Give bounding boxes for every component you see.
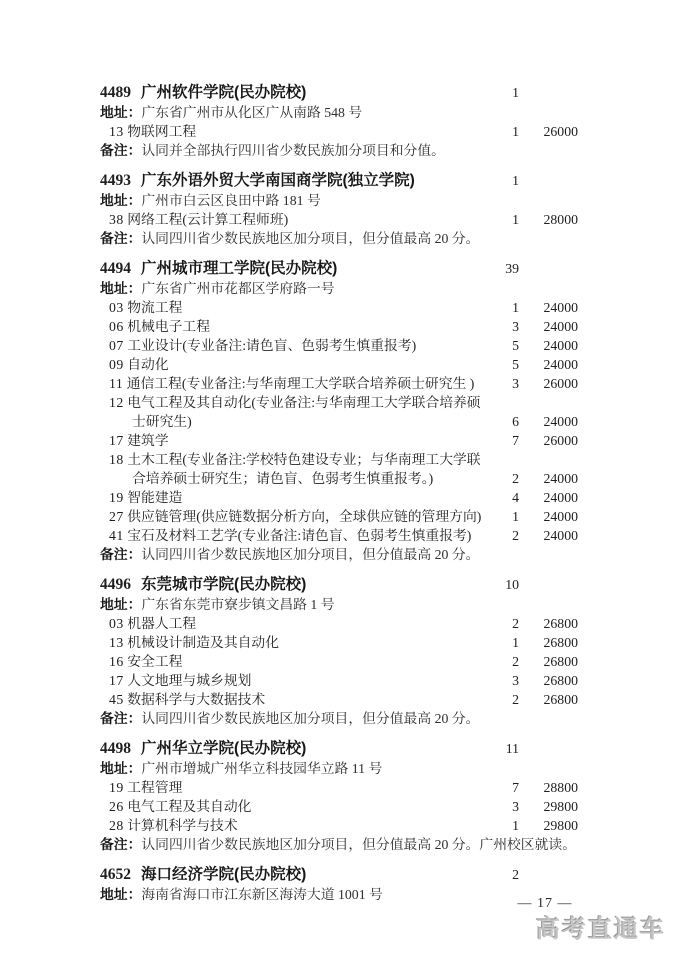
major-code: 03 <box>109 300 124 315</box>
major-title: 11 通信工程(专业备注:与华南理工大学联合培养硕士研究生 ) <box>109 374 489 393</box>
address-label: 地址： <box>100 597 141 612</box>
major-name: 供应链管理(供应链数据分析方向，全球供应链的管理方向) <box>127 509 481 524</box>
college-list: 4489广州软件学院(民办院校) 1 地址：广东省广州市从化区广从南路 548 … <box>100 82 578 914</box>
remark-text: 认同四川省少数民族地区加分项目，但分值最高 20 分。 <box>141 231 479 246</box>
college-code: 4494 <box>100 260 131 277</box>
major-name: 人文地理与城乡规划 <box>127 673 251 688</box>
major-title: 18 土木工程(专业备注:学校特色建设专业；与华南理工大学联合培养硕士研究生；请… <box>109 450 489 488</box>
major-row: 16 安全工程 2 26800 <box>100 652 578 671</box>
college-plan-total: 10 <box>489 574 519 595</box>
college-block: 4493广东外语外贸大学南国商学院(独立学院) 1 地址：广州市白云区良田中路 … <box>100 170 578 248</box>
major-row: 19 工程管理 7 28800 <box>100 778 578 797</box>
college-address-row: 地址：广州市增城广州华立科技园华立路 11 号 <box>100 759 578 778</box>
major-row: 18 土木工程(专业备注:学校特色建设专业；与华南理工大学联合培养硕士研究生；请… <box>100 450 578 488</box>
major-list: 38 网络工程(云计算工程师班) 1 28000 <box>100 210 578 229</box>
college-title: 4494广州城市理工学院(民办院校) <box>100 258 489 279</box>
college-block: 4652海口经济学院(民办院校) 2 地址：海南省海口市江东新区海涛大道 100… <box>100 864 578 904</box>
major-tuition-fee: 26000 <box>519 374 578 393</box>
major-tuition-fee: 24000 <box>519 526 578 545</box>
major-title: 09 自动化 <box>109 355 489 374</box>
major-tuition-fee: 29800 <box>519 816 578 835</box>
major-title: 38 网络工程(云计算工程师班) <box>109 210 489 229</box>
college-name: 广州城市理工学院(民办院校) <box>141 260 337 277</box>
major-row: 03 物流工程 1 24000 <box>100 298 578 317</box>
major-tuition-fee: 24000 <box>519 317 578 336</box>
major-title: 17 建筑学 <box>109 431 489 450</box>
major-plan-count: 6 <box>489 412 519 431</box>
college-remark: 备注：认同四川省少数民族地区加分项目，但分值最高 20 分。 <box>100 709 578 728</box>
college-plan-total: 1 <box>489 82 519 103</box>
major-list: 03 物流工程 1 24000 06 机械电子工程 3 24000 07 工业设… <box>100 298 578 545</box>
major-plan-count: 1 <box>489 210 519 229</box>
gaokao-zhitongche-watermark: 高考直通车 <box>536 909 666 944</box>
major-row: 03 机器人工程 2 26800 <box>100 614 578 633</box>
major-code: 13 <box>109 124 124 139</box>
address-label: 地址： <box>100 281 141 296</box>
major-title: 28 计算机科学与技术 <box>109 816 489 835</box>
major-plan-count: 1 <box>489 122 519 141</box>
address-label: 地址： <box>100 105 141 120</box>
major-list: 03 机器人工程 2 26800 13 机械设计制造及其自动化 1 26800 … <box>100 614 578 709</box>
major-row: 27 供应链管理(供应链数据分析方向，全球供应链的管理方向) 1 24000 <box>100 507 578 526</box>
major-code: 11 <box>109 376 123 391</box>
remark-text: 认同四川省少数民族地区加分项目，但分值最高 20 分。 <box>141 711 479 726</box>
major-title: 41 宝石及材料工艺学(专业备注:请色盲、色弱考生慎重报考) <box>109 526 489 545</box>
major-title: 03 机器人工程 <box>109 614 489 633</box>
remark-label: 备注： <box>100 837 141 852</box>
major-tuition-fee: 24000 <box>519 507 578 526</box>
major-tuition-fee: 28800 <box>519 778 578 797</box>
address-label: 地址： <box>100 887 141 902</box>
major-title: 07 工业设计(专业备注:请色盲、色弱考生慎重报考) <box>109 336 489 355</box>
college-address: 地址：广东省广州市从化区广从南路 548 号 <box>100 103 578 122</box>
major-name: 工程管理 <box>127 780 182 795</box>
major-name: 安全工程 <box>127 654 182 669</box>
remark-label: 备注： <box>100 547 141 562</box>
major-row: 09 自动化 5 24000 <box>100 355 578 374</box>
college-plan-total: 2 <box>489 864 519 885</box>
major-code: 13 <box>109 635 124 650</box>
major-name: 机械电子工程 <box>127 319 210 334</box>
major-title: 27 供应链管理(供应链数据分析方向，全球供应链的管理方向) <box>109 507 489 526</box>
major-tuition-fee: 28000 <box>519 210 578 229</box>
college-remark-row: 备注：认同并全部执行四川省少数民族加分项目和分值。 <box>100 141 578 160</box>
major-plan-count: 2 <box>489 526 519 545</box>
college-address: 地址：广东省广州市花都区学府路一号 <box>100 279 578 298</box>
major-name: 物流工程 <box>127 300 182 315</box>
major-code: 17 <box>109 673 124 688</box>
college-address-row: 地址：广州市白云区良田中路 181 号 <box>100 191 578 210</box>
remark-label: 备注： <box>100 711 141 726</box>
major-title: 03 物流工程 <box>109 298 489 317</box>
major-name: 电气工程及其自动化(专业备注:与华南理工大学联合培养硕士研究生) <box>127 395 480 429</box>
major-title: 13 机械设计制造及其自动化 <box>109 633 489 652</box>
college-remark-row: 备注：认同四川省少数民族地区加分项目，但分值最高 20 分。 <box>100 229 578 248</box>
major-plan-count: 2 <box>489 652 519 671</box>
college-block: 4489广州软件学院(民办院校) 1 地址：广东省广州市从化区广从南路 548 … <box>100 82 578 160</box>
college-code: 4652 <box>100 866 131 883</box>
major-list: 13 物联网工程 1 26000 <box>100 122 578 141</box>
college-address-row: 地址：海南省海口市江东新区海涛大道 1001 号 <box>100 885 578 904</box>
college-address: 地址：广州市增城广州华立科技园华立路 11 号 <box>100 759 578 778</box>
major-title: 12 电气工程及其自动化(专业备注:与华南理工大学联合培养硕士研究生) <box>109 393 489 431</box>
college-name: 广州华立学院(民办院校) <box>141 740 306 757</box>
major-tuition-fee: 26000 <box>519 122 578 141</box>
major-title: 16 安全工程 <box>109 652 489 671</box>
major-code: 41 <box>109 528 124 543</box>
college-header-row: 4498广州华立学院(民办院校) 11 <box>100 738 578 759</box>
college-code: 4489 <box>100 84 131 101</box>
remark-text: 认同四川省少数民族地区加分项目，但分值最高 20 分。 <box>141 547 479 562</box>
major-plan-count: 3 <box>489 374 519 393</box>
major-row: 13 物联网工程 1 26000 <box>100 122 578 141</box>
major-plan-count: 3 <box>489 671 519 690</box>
college-plan-total: 39 <box>489 258 519 279</box>
address-text: 广州市增城广州华立科技园华立路 11 号 <box>141 761 382 776</box>
major-row: 45 数据科学与大数据技术 2 26800 <box>100 690 578 709</box>
major-code: 16 <box>109 654 124 669</box>
major-title: 19 智能建造 <box>109 488 489 507</box>
major-title: 06 机械电子工程 <box>109 317 489 336</box>
college-header-row: 4489广州软件学院(民办院校) 1 <box>100 82 578 103</box>
major-plan-count: 5 <box>489 336 519 355</box>
major-plan-count: 3 <box>489 317 519 336</box>
major-code: 26 <box>109 799 124 814</box>
major-row: 06 机械电子工程 3 24000 <box>100 317 578 336</box>
major-name: 工业设计(专业备注:请色盲、色弱考生慎重报考) <box>127 338 416 353</box>
major-tuition-fee: 26800 <box>519 690 578 709</box>
college-address-row: 地址：广东省东莞市寮步镇文昌路 1 号 <box>100 595 578 614</box>
major-plan-count: 1 <box>489 507 519 526</box>
major-plan-count: 2 <box>489 614 519 633</box>
college-remark: 备注：认同并全部执行四川省少数民族加分项目和分值。 <box>100 141 578 160</box>
major-tuition-fee: 26800 <box>519 671 578 690</box>
major-plan-count: 5 <box>489 355 519 374</box>
major-code: 06 <box>109 319 124 334</box>
college-code: 4493 <box>100 172 131 189</box>
major-title: 17 人文地理与城乡规划 <box>109 671 489 690</box>
college-remark: 备注：认同四川省少数民族地区加分项目，但分值最高 20 分。 <box>100 545 578 564</box>
major-name: 宝石及材料工艺学(专业备注:请色盲、色弱考生慎重报考) <box>127 528 471 543</box>
major-tuition-fee: 24000 <box>519 488 578 507</box>
major-tuition-fee: 26000 <box>519 431 578 450</box>
major-name: 物联网工程 <box>127 124 196 139</box>
major-row: 17 建筑学 7 26000 <box>100 431 578 450</box>
major-title: 26 电气工程及其自动化 <box>109 797 489 816</box>
major-code: 38 <box>109 212 124 227</box>
remark-text: 认同四川省少数民族地区加分项目，但分值最高 20 分。广州校区就读。 <box>141 837 576 852</box>
major-row: 13 机械设计制造及其自动化 1 26800 <box>100 633 578 652</box>
major-list: 19 工程管理 7 28800 26 电气工程及其自动化 3 29800 28 … <box>100 778 578 835</box>
major-name: 通信工程(专业备注:与华南理工大学联合培养硕士研究生 ) <box>127 376 475 391</box>
major-tuition-fee: 24000 <box>519 336 578 355</box>
major-row: 17 人文地理与城乡规划 3 26800 <box>100 671 578 690</box>
admissions-plan-page: 4489广州软件学院(民办院校) 1 地址：广东省广州市从化区广从南路 548 … <box>0 0 680 961</box>
major-plan-count: 4 <box>489 488 519 507</box>
address-label: 地址： <box>100 761 141 776</box>
college-header-row: 4494广州城市理工学院(民办院校) 39 <box>100 258 578 279</box>
address-label: 地址： <box>100 193 141 208</box>
college-code: 4498 <box>100 740 131 757</box>
college-title: 4493广东外语外贸大学南国商学院(独立学院) <box>100 170 489 191</box>
major-name: 机械设计制造及其自动化 <box>127 635 279 650</box>
remark-text: 认同并全部执行四川省少数民族加分项目和分值。 <box>141 143 445 158</box>
address-text: 广东省东莞市寮步镇文昌路 1 号 <box>141 597 334 612</box>
remark-label: 备注： <box>100 231 141 246</box>
major-code: 03 <box>109 616 124 631</box>
major-code: 09 <box>109 357 124 372</box>
college-remark: 备注：认同四川省少数民族地区加分项目，但分值最高 20 分。 <box>100 229 578 248</box>
major-name: 建筑学 <box>127 433 168 448</box>
college-plan-total: 1 <box>489 170 519 191</box>
major-name: 数据科学与大数据技术 <box>127 692 265 707</box>
major-title: 13 物联网工程 <box>109 122 489 141</box>
major-plan-count: 7 <box>489 431 519 450</box>
college-remark-row: 备注：认同四川省少数民族地区加分项目，但分值最高 20 分。 <box>100 709 578 728</box>
college-block: 4498广州华立学院(民办院校) 11 地址：广州市增城广州华立科技园华立路 1… <box>100 738 578 854</box>
major-code: 28 <box>109 818 124 833</box>
major-plan-count: 1 <box>489 816 519 835</box>
college-title: 4489广州软件学院(民办院校) <box>100 82 489 103</box>
major-row: 12 电气工程及其自动化(专业备注:与华南理工大学联合培养硕士研究生) 6 24… <box>100 393 578 431</box>
college-header-row: 4496东莞城市学院(民办院校) 10 <box>100 574 578 595</box>
major-row: 26 电气工程及其自动化 3 29800 <box>100 797 578 816</box>
major-row: 38 网络工程(云计算工程师班) 1 28000 <box>100 210 578 229</box>
college-address-row: 地址：广东省广州市从化区广从南路 548 号 <box>100 103 578 122</box>
major-name: 智能建造 <box>127 490 182 505</box>
college-address: 地址：广东省东莞市寮步镇文昌路 1 号 <box>100 595 578 614</box>
major-name: 机器人工程 <box>127 616 196 631</box>
college-title: 4496东莞城市学院(民办院校) <box>100 574 489 595</box>
major-plan-count: 2 <box>489 469 519 488</box>
college-plan-total: 11 <box>489 738 519 759</box>
major-code: 19 <box>109 780 124 795</box>
major-name: 电气工程及其自动化 <box>127 799 251 814</box>
major-row: 07 工业设计(专业备注:请色盲、色弱考生慎重报考) 5 24000 <box>100 336 578 355</box>
major-name: 网络工程(云计算工程师班) <box>127 212 288 227</box>
major-code: 17 <box>109 433 124 448</box>
major-tuition-fee: 26800 <box>519 633 578 652</box>
address-text: 广东省广州市从化区广从南路 548 号 <box>141 105 362 120</box>
major-title: 19 工程管理 <box>109 778 489 797</box>
major-name: 计算机科学与技术 <box>127 818 237 833</box>
major-plan-count: 1 <box>489 633 519 652</box>
major-row: 41 宝石及材料工艺学(专业备注:请色盲、色弱考生慎重报考) 2 24000 <box>100 526 578 545</box>
college-address: 地址：广州市白云区良田中路 181 号 <box>100 191 578 210</box>
major-tuition-fee: 24000 <box>519 412 578 431</box>
major-tuition-fee: 29800 <box>519 797 578 816</box>
major-title: 45 数据科学与大数据技术 <box>109 690 489 709</box>
major-row: 28 计算机科学与技术 1 29800 <box>100 816 578 835</box>
major-code: 07 <box>109 338 124 353</box>
college-address: 地址：海南省海口市江东新区海涛大道 1001 号 <box>100 885 578 904</box>
major-row: 11 通信工程(专业备注:与华南理工大学联合培养硕士研究生 ) 3 26000 <box>100 374 578 393</box>
college-block: 4494广州城市理工学院(民办院校) 39 地址：广东省广州市花都区学府路一号 … <box>100 258 578 564</box>
college-header-row: 4493广东外语外贸大学南国商学院(独立学院) 1 <box>100 170 578 191</box>
major-tuition-fee: 24000 <box>519 298 578 317</box>
major-plan-count: 7 <box>489 778 519 797</box>
major-tuition-fee: 24000 <box>519 355 578 374</box>
remark-label: 备注： <box>100 143 141 158</box>
major-tuition-fee: 24000 <box>519 469 578 488</box>
college-title: 4652海口经济学院(民办院校) <box>100 864 489 885</box>
address-text: 广东省广州市花都区学府路一号 <box>141 281 334 296</box>
major-name: 土木工程(专业备注:学校特色建设专业；与华南理工大学联合培养硕士研究生；请色盲、… <box>127 452 480 486</box>
college-address-row: 地址：广东省广州市花都区学府路一号 <box>100 279 578 298</box>
college-name: 广东外语外贸大学南国商学院(独立学院) <box>141 172 415 189</box>
college-name: 广州软件学院(民办院校) <box>141 84 306 101</box>
college-title: 4498广州华立学院(民办院校) <box>100 738 489 759</box>
major-code: 18 <box>109 452 124 467</box>
address-text: 广州市白云区良田中路 181 号 <box>141 193 320 208</box>
major-plan-count: 2 <box>489 690 519 709</box>
address-text: 海南省海口市江东新区海涛大道 1001 号 <box>141 887 382 902</box>
college-code: 4496 <box>100 576 131 593</box>
major-code: 45 <box>109 692 124 707</box>
major-code: 12 <box>109 395 124 410</box>
college-name: 东莞城市学院(民办院校) <box>141 576 306 593</box>
major-code: 27 <box>109 509 124 524</box>
college-block: 4496东莞城市学院(民办院校) 10 地址：广东省东莞市寮步镇文昌路 1 号 … <box>100 574 578 728</box>
college-remark-row: 备注：认同四川省少数民族地区加分项目，但分值最高 20 分。 <box>100 545 578 564</box>
major-tuition-fee: 26800 <box>519 614 578 633</box>
college-header-row: 4652海口经济学院(民办院校) 2 <box>100 864 578 885</box>
college-remark: 备注：认同四川省少数民族地区加分项目，但分值最高 20 分。广州校区就读。 <box>100 835 578 854</box>
major-tuition-fee: 26800 <box>519 652 578 671</box>
major-plan-count: 3 <box>489 797 519 816</box>
major-code: 19 <box>109 490 124 505</box>
college-remark-row: 备注：认同四川省少数民族地区加分项目，但分值最高 20 分。广州校区就读。 <box>100 835 578 854</box>
college-name: 海口经济学院(民办院校) <box>141 866 306 883</box>
major-name: 自动化 <box>127 357 168 372</box>
major-plan-count: 1 <box>489 298 519 317</box>
major-row: 19 智能建造 4 24000 <box>100 488 578 507</box>
